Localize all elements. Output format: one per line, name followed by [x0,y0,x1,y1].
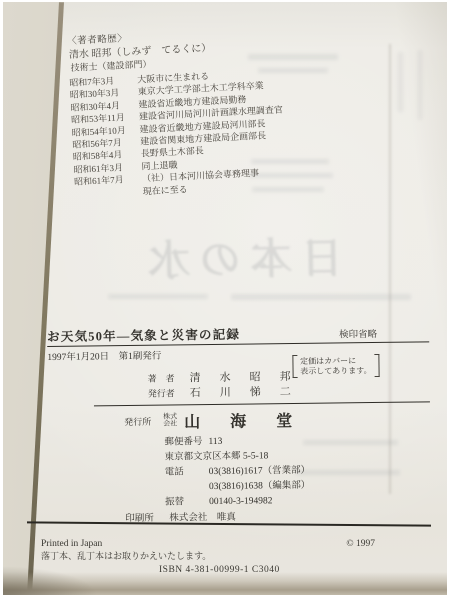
tel-label-spacer [165,480,209,496]
publishing-office-row: 発行所 株式 会社 山 海 堂 [124,406,430,432]
contact-block: 郵便番号 113 東京都文京区本郷 5-5-18 電話 03(3816)1617… [164,432,431,510]
colophon-section: お天気50年―気象と災害の記録 検印省略 1997年1月20日 第1刷発行 定価… [47,322,431,527]
office-name: 山 海 堂 [184,407,299,431]
footer-row-1: Printed in Japan © 1997 [41,538,433,550]
postal-code: 113 [208,435,222,450]
book-title: お天気50年―気象と災害の記録 [47,325,240,345]
show-through-smudge [418,50,422,120]
corp-bottom: 会社 [163,420,177,428]
credits-block: 著 者 清 水 昭 邦 発行者 石 川 悌 二 [148,368,430,401]
show-through-title: 日本の水 [138,225,343,289]
copyright: © 1997 [346,538,375,550]
tel-number-1: 03(3816)1617（営業部） [209,464,311,480]
furikae-number: 00140-3-194982 [209,494,273,510]
price-note-line2: 表示してあります。 [300,366,371,376]
publisher-label: 発行者 [148,386,186,401]
credits-divider [94,401,430,406]
price-note: 定価はカバーに 表示してあります。 [292,354,380,378]
furikae-label: 振替 [165,495,209,511]
publisher-name: 石 川 悌 二 [190,385,295,401]
show-through-smudge [398,52,403,112]
tel-number-2: 03(3816)1638（編集部） [209,479,311,495]
show-through-smudge [108,294,208,299]
author-name: 清 水 昭 邦 [190,370,295,386]
kenin-label: 検印省略 [339,326,377,340]
printed-in-japan: Printed in Japan [41,538,102,550]
office-label: 発行所 [124,414,151,427]
history-event: 現在に至る [142,183,188,198]
author-history-section: 〈著者略歴〉 清水 昭邦（しみず てるくに） 技術士（建設部門） 昭和7年3月大… [67,21,385,201]
author-label: 著 者 [148,371,186,386]
furikae-row: 振替 00140-3-194982 [165,492,431,510]
address-line: 東京都文京区本郷 5-5-18 [165,449,269,465]
corporation-stack: 株式 会社 [163,413,177,428]
tel-label: 電話 [165,465,209,481]
publisher-row: 発行者 石 川 悌 二 [148,383,430,401]
bottom-left-shadow [3,555,133,595]
book-photo: 日本の水 〈著者略歴〉 清水 昭邦（しみず てるくに） 技術士（建設部門） 昭和… [3,2,447,595]
title-row: お天気50年―気象と災害の記録 検印省略 [47,322,429,343]
history-list: 昭和7年3月大阪市に生まれる 昭和30年3月東京大学工学部土木工学科卒業 昭和3… [69,62,385,201]
postal-label: 郵便番号 [164,435,208,451]
show-through-smudge [231,294,411,300]
